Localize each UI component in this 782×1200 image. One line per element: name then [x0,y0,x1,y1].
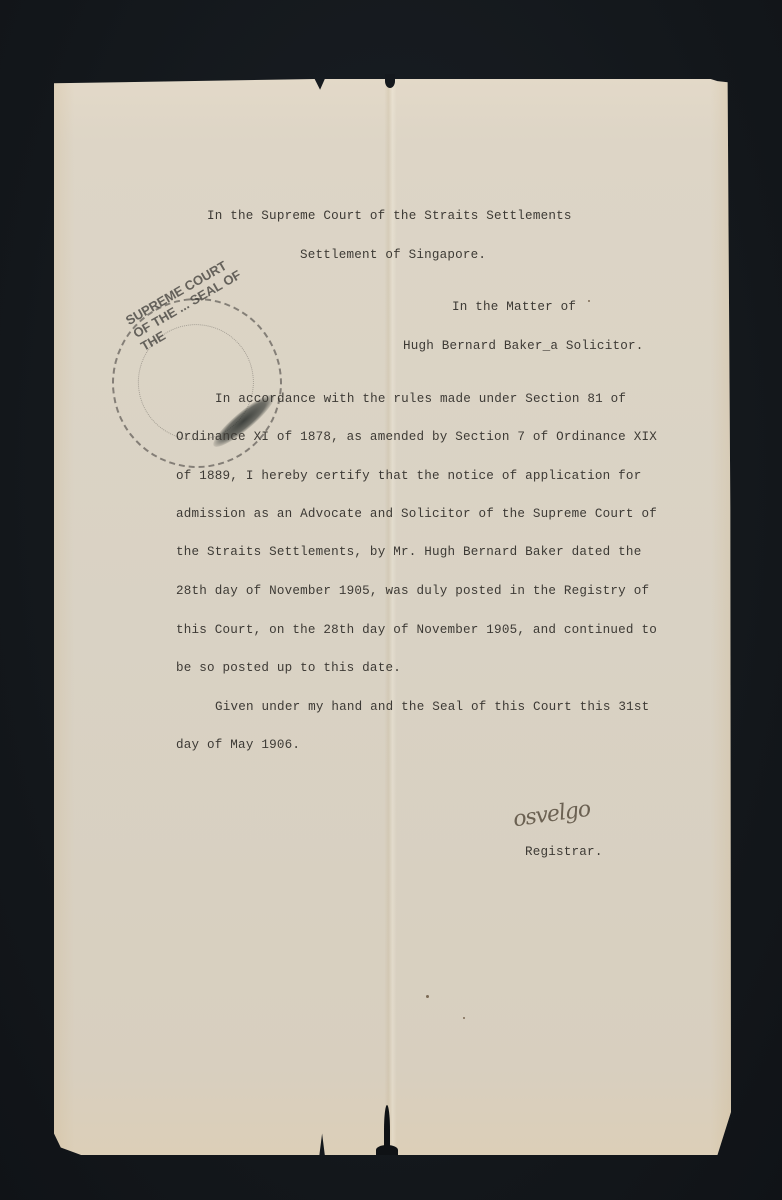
matter-label: In the Matter of [452,300,576,314]
body-line-6: 28th day of November 1905, was duly post… [176,584,649,598]
body-line-2: Ordinance XI of 1878, as amended by Sect… [176,430,657,444]
body-line-1: In accordance with the rules made under … [215,392,626,406]
closing-line-1: Given under my hand and the Seal of this… [215,700,649,714]
matter-name: Hugh Bernard Baker_a Solicitor. [403,339,643,353]
body-line-7: this Court, on the 28th day of November … [176,623,657,637]
closing-line-2: day of May 1906. [176,738,300,752]
registrar-title: Registrar. [525,845,603,859]
body-line-5: the Straits Settlements, by Mr. Hugh Ber… [176,545,641,559]
heading-court: In the Supreme Court of the Straits Sett… [207,209,572,223]
body-line-3: of 1889, I hereby certify that the notic… [176,469,641,483]
body-line-4: admission as an Advocate and Solicitor o… [176,507,657,521]
document-text: In the Supreme Court of the Straits Sett… [0,0,782,1200]
body-line-8: be so posted up to this date. [176,661,401,675]
heading-settlement: Settlement of Singapore. [300,248,486,262]
